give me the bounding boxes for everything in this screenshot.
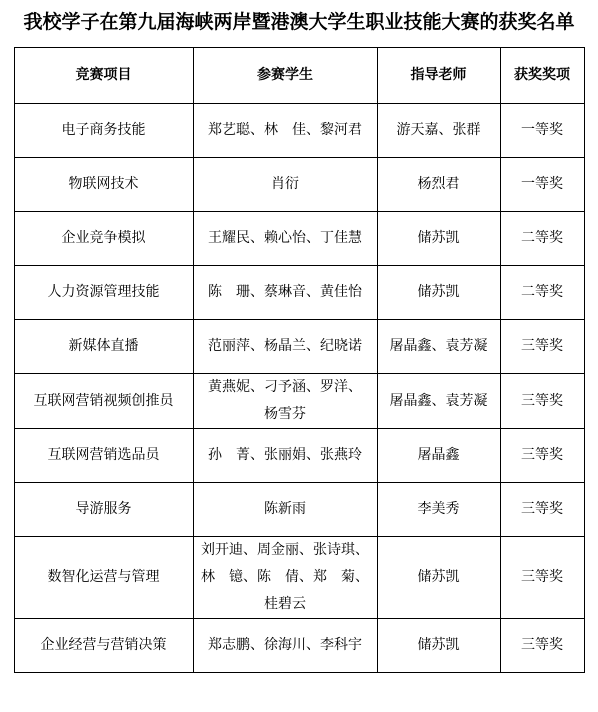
- teachers-cell: 屠晶鑫: [377, 429, 500, 483]
- project-cell: 物联网技术: [14, 158, 193, 212]
- project-cell: 企业竞争模拟: [14, 212, 193, 266]
- teachers-cell: 储苏凯: [377, 212, 500, 266]
- table-row: 物联网技术肖衍杨烈君一等奖: [14, 158, 584, 212]
- award-cell: 二等奖: [500, 266, 584, 320]
- table-row: 人力资源管理技能陈 珊、蔡琳音、黄佳怡储苏凯二等奖: [14, 266, 584, 320]
- teachers-cell: 储苏凯: [377, 619, 500, 673]
- students-cell: 陈 珊、蔡琳音、黄佳怡: [193, 266, 377, 320]
- award-cell: 一等奖: [500, 158, 584, 212]
- awards-table: 竞赛项目 参赛学生 指导老师 获奖奖项 电子商务技能郑艺聪、林 佳、黎河君游天嘉…: [14, 47, 585, 673]
- award-cell: 三等奖: [500, 619, 584, 673]
- header-row: 竞赛项目 参赛学生 指导老师 获奖奖项: [14, 48, 584, 104]
- students-cell: 刘开迪、周金丽、张诗琪、 林 镱、陈 倩、郑 菊、 桂碧云: [193, 537, 377, 619]
- header-students: 参赛学生: [193, 48, 377, 104]
- table-row: 数智化运营与管理刘开迪、周金丽、张诗琪、 林 镱、陈 倩、郑 菊、 桂碧云储苏凯…: [14, 537, 584, 619]
- project-cell: 人力资源管理技能: [14, 266, 193, 320]
- teachers-cell: 屠晶鑫、袁芳凝: [377, 374, 500, 429]
- students-cell: 黄燕妮、刁予涵、罗洋、 杨雪芬: [193, 374, 377, 429]
- header-award: 获奖奖项: [500, 48, 584, 104]
- table-row: 新媒体直播范丽萍、杨晶兰、纪晓诺屠晶鑫、袁芳凝三等奖: [14, 320, 584, 374]
- students-cell: 肖衍: [193, 158, 377, 212]
- students-cell: 陈新雨: [193, 483, 377, 537]
- page-title: 我校学子在第九届海峡两岸暨港澳大学生职业技能大赛的获奖名单: [0, 0, 598, 37]
- award-cell: 三等奖: [500, 537, 584, 619]
- table-row: 互联网营销视频创推员黄燕妮、刁予涵、罗洋、 杨雪芬屠晶鑫、袁芳凝三等奖: [14, 374, 584, 429]
- teachers-cell: 储苏凯: [377, 266, 500, 320]
- teachers-cell: 屠晶鑫、袁芳凝: [377, 320, 500, 374]
- award-cell: 三等奖: [500, 483, 584, 537]
- table-row: 企业竞争模拟王耀民、赖心怡、丁佳慧储苏凯二等奖: [14, 212, 584, 266]
- award-cell: 三等奖: [500, 374, 584, 429]
- award-cell: 三等奖: [500, 429, 584, 483]
- students-cell: 孙 菁、张丽娟、张燕玲: [193, 429, 377, 483]
- table-row: 导游服务陈新雨李美秀三等奖: [14, 483, 584, 537]
- header-project: 竞赛项目: [14, 48, 193, 104]
- table-row: 企业经营与营销决策郑志鹏、徐海川、李科宇储苏凯三等奖: [14, 619, 584, 673]
- students-cell: 范丽萍、杨晶兰、纪晓诺: [193, 320, 377, 374]
- project-cell: 互联网营销视频创推员: [14, 374, 193, 429]
- project-cell: 企业经营与营销决策: [14, 619, 193, 673]
- teachers-cell: 李美秀: [377, 483, 500, 537]
- teachers-cell: 储苏凯: [377, 537, 500, 619]
- project-cell: 数智化运营与管理: [14, 537, 193, 619]
- table-row: 电子商务技能郑艺聪、林 佳、黎河君游天嘉、张群一等奖: [14, 104, 584, 158]
- award-cell: 二等奖: [500, 212, 584, 266]
- teachers-cell: 游天嘉、张群: [377, 104, 500, 158]
- project-cell: 新媒体直播: [14, 320, 193, 374]
- table-body: 电子商务技能郑艺聪、林 佳、黎河君游天嘉、张群一等奖物联网技术肖衍杨烈君一等奖企…: [14, 104, 584, 673]
- table-row: 互联网营销选品员孙 菁、张丽娟、张燕玲屠晶鑫三等奖: [14, 429, 584, 483]
- project-cell: 导游服务: [14, 483, 193, 537]
- students-cell: 郑艺聪、林 佳、黎河君: [193, 104, 377, 158]
- award-cell: 一等奖: [500, 104, 584, 158]
- project-cell: 互联网营销选品员: [14, 429, 193, 483]
- award-cell: 三等奖: [500, 320, 584, 374]
- students-cell: 郑志鹏、徐海川、李科宇: [193, 619, 377, 673]
- header-teachers: 指导老师: [377, 48, 500, 104]
- students-cell: 王耀民、赖心怡、丁佳慧: [193, 212, 377, 266]
- teachers-cell: 杨烈君: [377, 158, 500, 212]
- page: 我校学子在第九届海峡两岸暨港澳大学生职业技能大赛的获奖名单 竞赛项目 参赛学生 …: [0, 0, 598, 712]
- table-header: 竞赛项目 参赛学生 指导老师 获奖奖项: [14, 48, 584, 104]
- project-cell: 电子商务技能: [14, 104, 193, 158]
